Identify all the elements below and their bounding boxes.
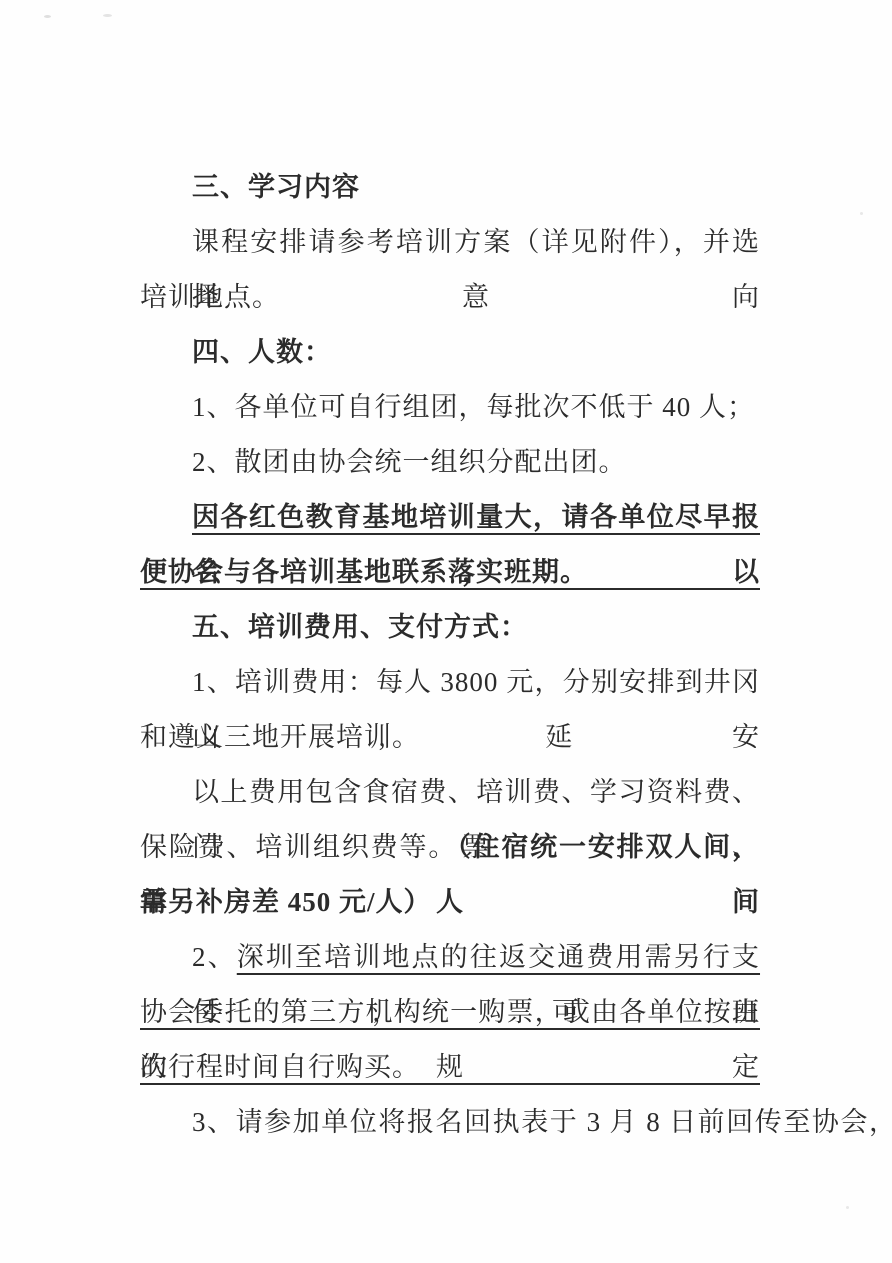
underlined-text: 的行程时间自行购买。 (140, 1052, 420, 1082)
scan-speck (846, 1206, 849, 1209)
text-run: 3、请参加单位将报名回执表于 3 月 8 日前回传至协会， (192, 1107, 892, 1137)
heading-section-3-text: 三、学习内容 (192, 172, 360, 202)
text-run: 保险费、培训组织费等。 (140, 832, 457, 862)
list-number: 2、 (192, 942, 237, 972)
text-run: 2、散团由协会统一组织分配出团。 (192, 447, 627, 477)
heading-section-5-text: 五、培训费用、支付方式： (192, 612, 528, 642)
document-body: 三、学习内容 课程安排请参考培训方案（详见附件），并选择意向 培训地点。 四、人… (140, 160, 760, 1150)
text-run: 1、各单位可自行组团，每批次不低于 40 人； (192, 392, 755, 422)
heading-section-4: 四、人数： (140, 325, 760, 380)
scan-speck (44, 15, 51, 18)
emphasis-room-note-text: 需另补房差 450 元/人） (140, 887, 432, 917)
text-run: 培训地点。 (140, 282, 280, 312)
text-run: 和遵义三地开展培训。 (140, 722, 420, 752)
emphasis-underlined-text: 便协会与各培训基地联系落实班期。 (140, 557, 588, 587)
para-fee-includes-line1: 以上费用包含食宿费、培训费、学习资料费、门票、 (140, 765, 760, 820)
heading-section-3: 三、学习内容 (140, 160, 760, 215)
scan-speck (860, 212, 863, 215)
scan-speck (103, 14, 112, 17)
item-2-transport-fee-line2: 协会委托的第三方机构统一购票，或由各单位按班次规定 (140, 985, 760, 1040)
item-1-training-fee-line1: 1、培训费用：每人 3800 元，分别安排到井冈山,延安 (140, 655, 760, 710)
item-2-transport-fee-line1: 2、深圳至培训地点的往返交通费用需另行支付，可由 (140, 930, 760, 985)
scanned-document-page: 三、学习内容 课程安排请参考培训方案（详见附件），并选择意向 培训地点。 四、人… (0, 0, 892, 1263)
item-3-registration-deadline: 3、请参加单位将报名回执表于 3 月 8 日前回传至协会， (140, 1095, 892, 1150)
heading-section-5: 五、培训费用、支付方式： (140, 600, 760, 655)
para-fee-includes-line2: 保险费、培训组织费等。（住宿统一安排双人间，单人间 (140, 820, 760, 875)
item-2-scattered-group: 2、散团由协会统一组织分配出团。 (140, 435, 760, 490)
item-1-group-size: 1、各单位可自行组团，每批次不低于 40 人； (140, 380, 760, 435)
heading-section-4-text: 四、人数： (192, 337, 332, 367)
notice-early-registration-line1: 因各红色教育基地培训量大，请各单位尽早报名，以 (140, 490, 760, 545)
para-course-arrangement-line1: 课程安排请参考培训方案（详见附件），并选择意向 (140, 215, 760, 270)
